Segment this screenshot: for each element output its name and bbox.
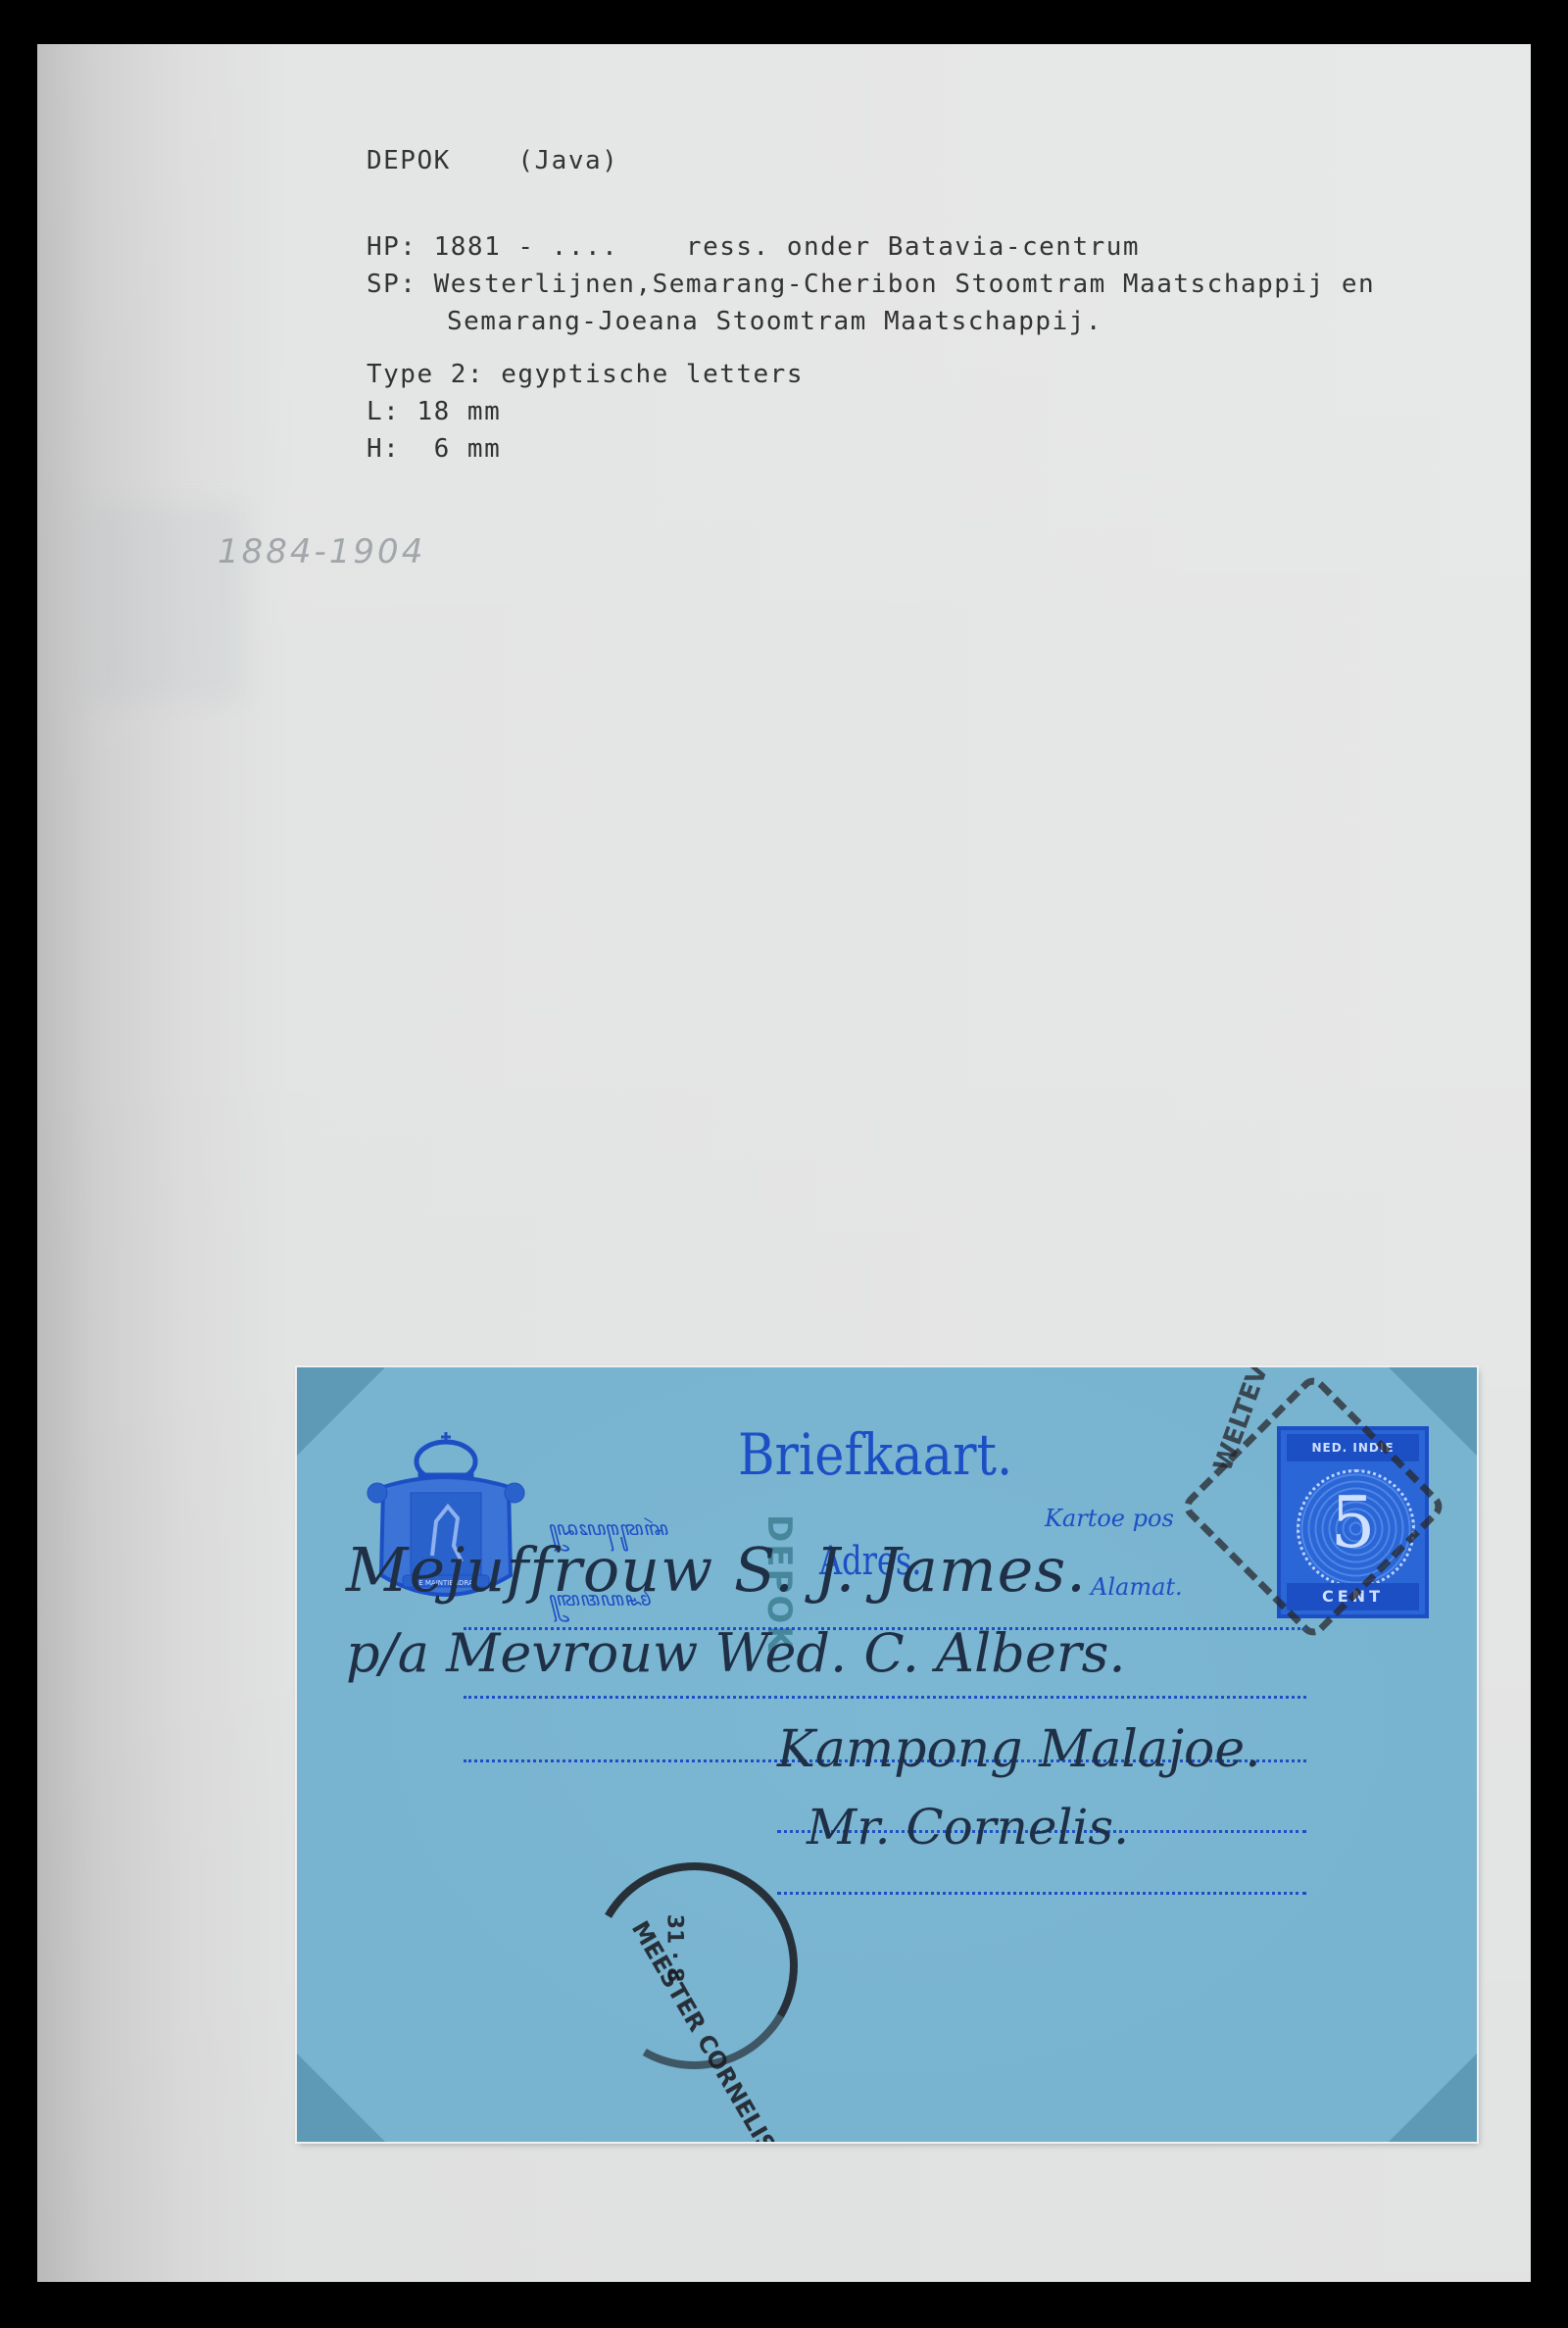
malay-address-label: Alamat. (1091, 1573, 1183, 1601)
handwritten-addressee: Mejuffrouw S. J. James. (346, 1534, 1087, 1606)
sp-line-continued: Semarang-Joeana Stoomtram Maatschappij. (447, 303, 1102, 340)
hp-line: HP: 1881 - .... ress. onder Batavia-cent… (367, 228, 1140, 266)
card-title: Briefkaart. (738, 1421, 1012, 1488)
page-heading: DEPOK (Java) (367, 142, 618, 179)
handwritten-street: Kampong Malajoe. (777, 1720, 1261, 1779)
type-line: Type 2: egyptische letters (367, 356, 804, 393)
round-date-cancel (567, 1839, 820, 2092)
handwritten-care-of: p/a Mevrouw Wed. C. Albers. (346, 1622, 1126, 1684)
postcard: JE MAINTIENDRAI ꦏꦂꦠꦸꦥꦺꦴꦱ꧀ ꦄꦭꦩꦠ꧀ Briefkaa… (297, 1367, 1477, 2142)
address-dotted-line-5 (777, 1892, 1306, 1895)
photo-corner-bottom-left (297, 2054, 385, 2142)
sp-line: SP: Westerlijnen,Semarang-Cheribon Stoom… (367, 266, 1375, 303)
address-dotted-line-2 (464, 1696, 1306, 1699)
handwritten-city: Mr. Cornelis. (807, 1799, 1129, 1856)
pencil-date-note: 1884-1904 (218, 532, 425, 571)
height-line: H: 6 mm (367, 430, 501, 468)
malay-card-label: Kartoe pos (1045, 1505, 1174, 1532)
length-line: L: 18 mm (367, 393, 501, 430)
photo-corner-bottom-right (1389, 2054, 1477, 2142)
round-cancel-date: 31 · 8 (661, 1914, 686, 1983)
